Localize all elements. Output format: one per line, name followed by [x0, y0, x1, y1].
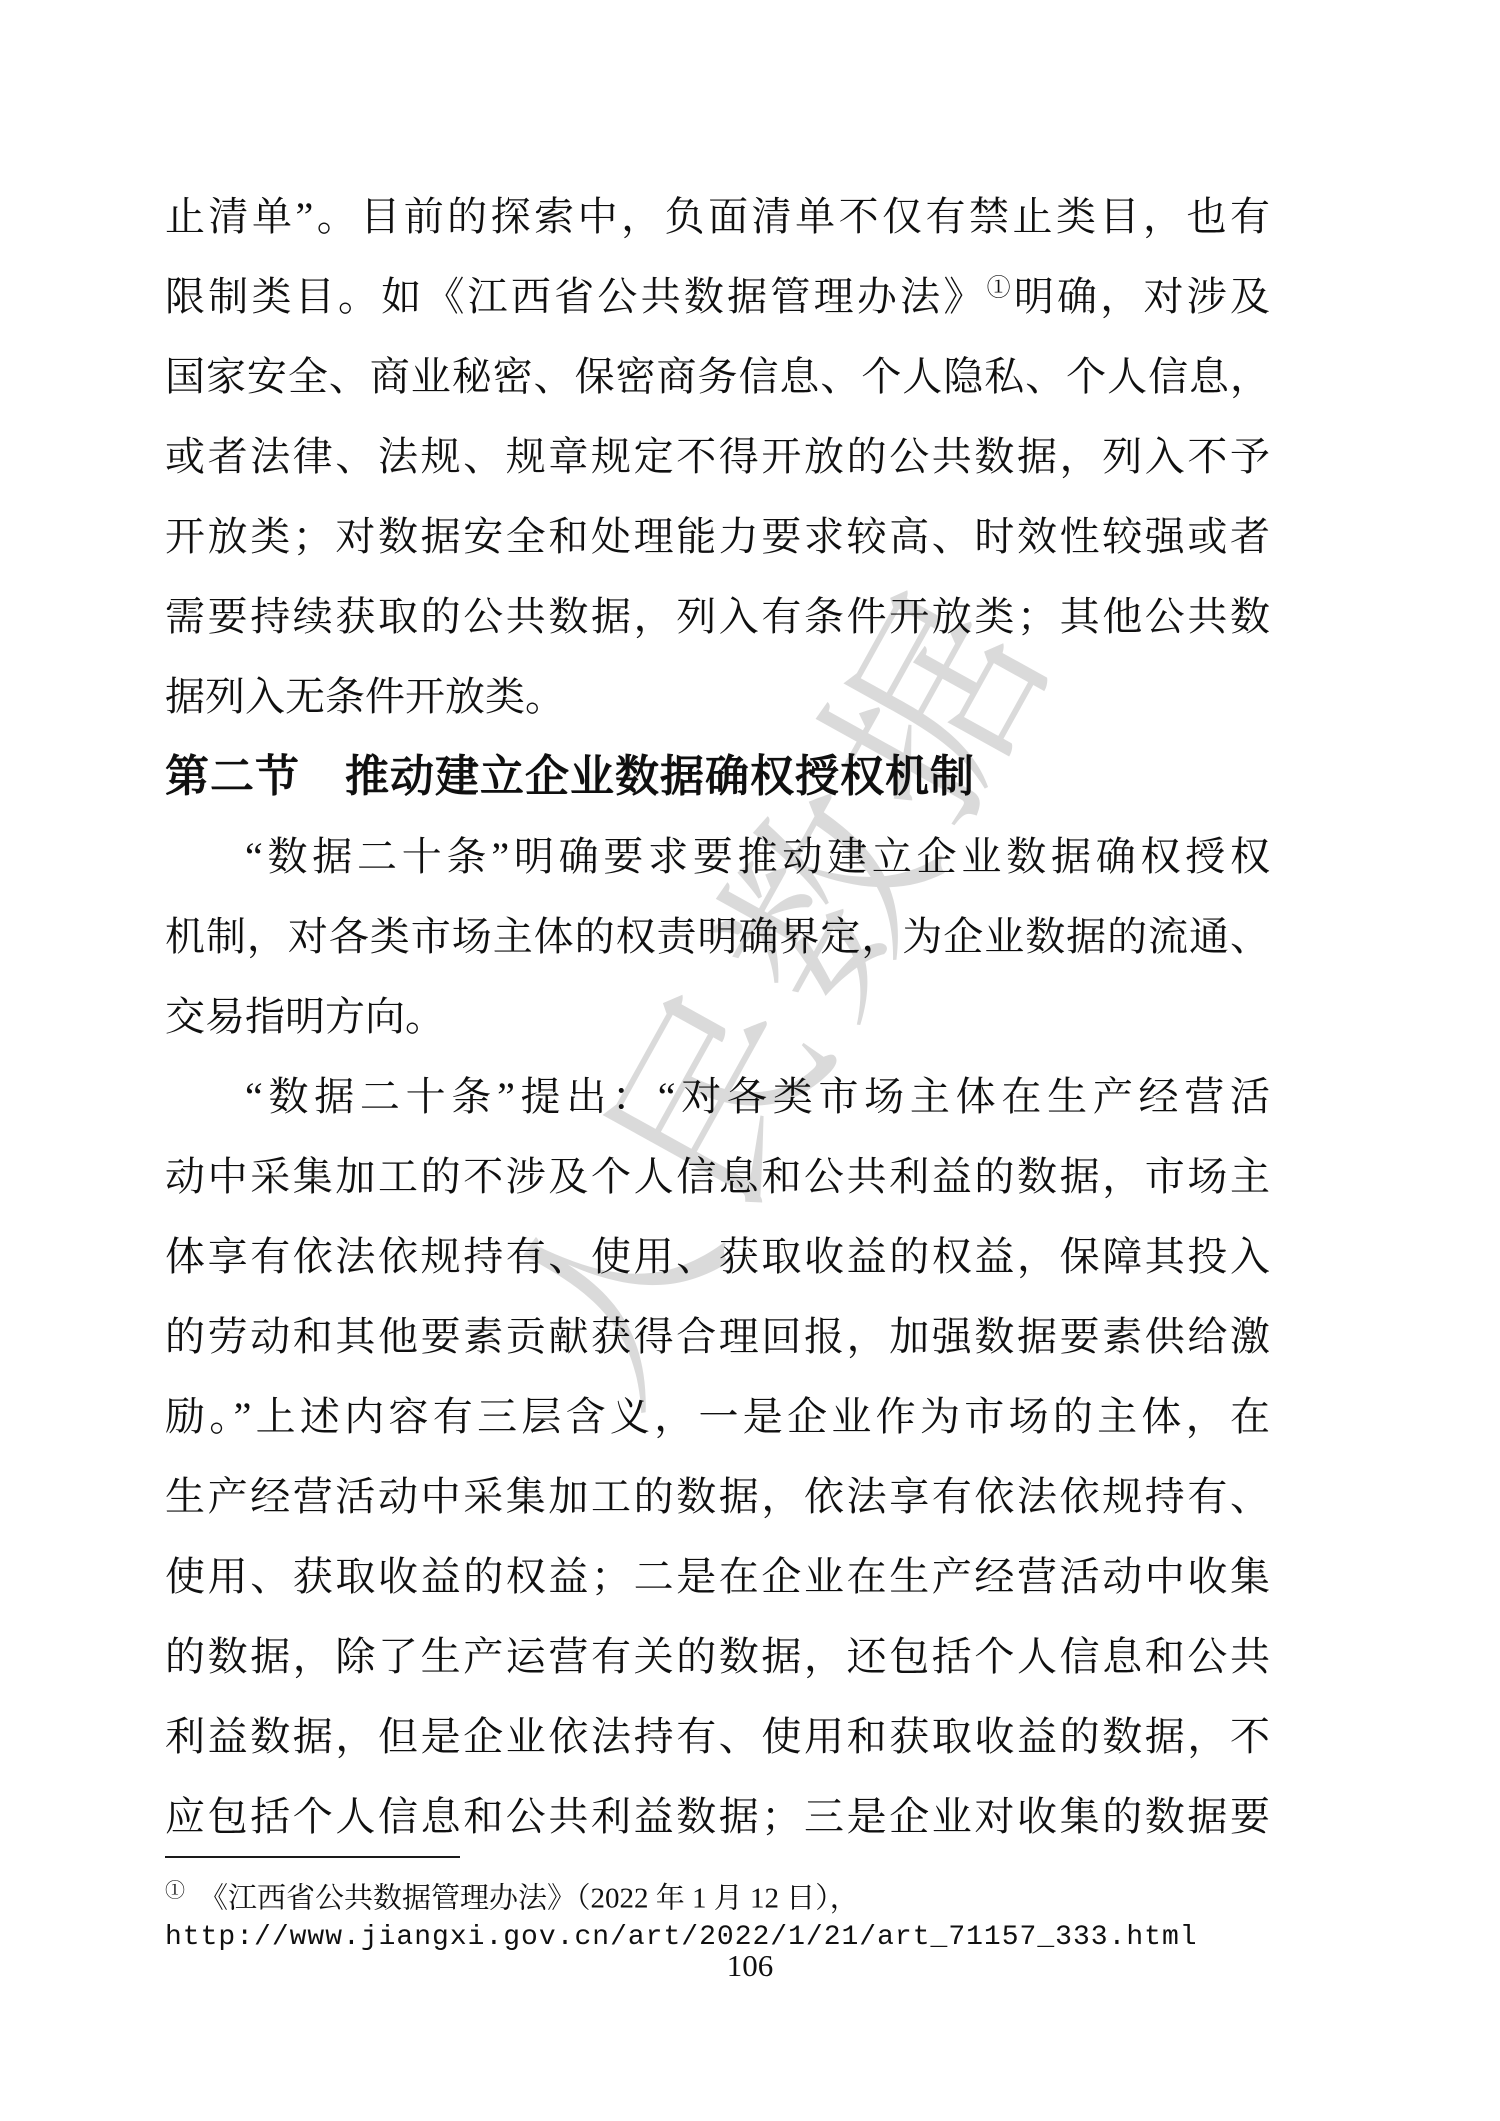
text-line: “数据二十条”提出：“对各类市场主体在生产经营活	[165, 1057, 1270, 1137]
text-line: 国家安全、商业秘密、保密商务信息、个人隐私、个人信息，	[165, 337, 1270, 417]
text-line: 开放类；对数据安全和处理能力要求较高、时效性较强或者	[165, 497, 1270, 577]
text-line: “数据二十条”明确要求要推动建立企业数据确权授权	[165, 817, 1270, 897]
text-line: 使用、获取收益的权益；二是在企业在生产经营活动中收集	[165, 1537, 1270, 1617]
text-line: 据列入无条件开放类。	[165, 657, 1270, 737]
text-line: 动中采集加工的不涉及个人信息和公共利益的数据，市场主	[165, 1137, 1270, 1217]
section-heading: 第二节 推动建立企业数据确权授权机制	[165, 737, 1270, 817]
footnote-marker: ①	[165, 1880, 199, 1902]
text-line: 机制，对各类市场主体的权责明确界定，为企业数据的流通、	[165, 897, 1270, 977]
paragraph-2: “数据二十条”明确要求要推动建立企业数据确权授权机制，对各类市场主体的权责明确界…	[165, 817, 1270, 1057]
text-line: 限制类目。如《江西省公共数据管理办法》①明确，对涉及	[165, 257, 1270, 337]
text-line: 体享有依法依规持有、使用、获取收益的权益，保障其投入	[165, 1217, 1270, 1297]
footnote-block: ①《江西省公共数据管理办法》（2022 年 1 月 12 日）， http://…	[165, 1856, 1285, 1958]
footnote-text: 《江西省公共数据管理办法》（2022 年 1 月 12 日），	[199, 1883, 859, 1915]
page-content: 止清单”。目前的探索中，负面清单不仅有禁止类目，也有限制类目。如《江西省公共数据…	[165, 177, 1270, 1857]
text-line: 应包括个人信息和公共利益数据；三是企业对收集的数据要	[165, 1777, 1270, 1857]
footnote-reference: ①	[987, 276, 1014, 302]
footnote-citation: ①《江西省公共数据管理办法》（2022 年 1 月 12 日），	[165, 1872, 1285, 1918]
text-line: 的数据，除了生产运营有关的数据，还包括个人信息和公共	[165, 1617, 1270, 1697]
text-line: 交易指明方向。	[165, 977, 1270, 1057]
document-page: 人民数据 止清单”。目前的探索中，负面清单不仅有禁止类目，也有限制类目。如《江西…	[0, 0, 1500, 2121]
paragraph-3: “数据二十条”提出：“对各类市场主体在生产经营活动中采集加工的不涉及个人信息和公…	[165, 1057, 1270, 1857]
text-line: 利益数据，但是企业依法持有、使用和获取收益的数据，不	[165, 1697, 1270, 1777]
text-line: 止清单”。目前的探索中，负面清单不仅有禁止类目，也有	[165, 177, 1270, 257]
text-line: 生产经营活动中采集加工的数据，依法享有依法依规持有、	[165, 1457, 1270, 1537]
text-line: 需要持续获取的公共数据，列入有条件开放类；其他公共数	[165, 577, 1270, 657]
text-line: 的劳动和其他要素贡献获得合理回报，加强数据要素供给激	[165, 1297, 1270, 1377]
paragraph-1: 止清单”。目前的探索中，负面清单不仅有禁止类目，也有限制类目。如《江西省公共数据…	[165, 177, 1270, 737]
page-number: 106	[0, 1948, 1500, 1984]
footnote-divider	[165, 1856, 460, 1858]
text-line: 或者法律、法规、规章规定不得开放的公共数据，列入不予	[165, 417, 1270, 497]
text-line: 励。”上述内容有三层含义，一是企业作为市场的主体，在	[165, 1377, 1270, 1457]
